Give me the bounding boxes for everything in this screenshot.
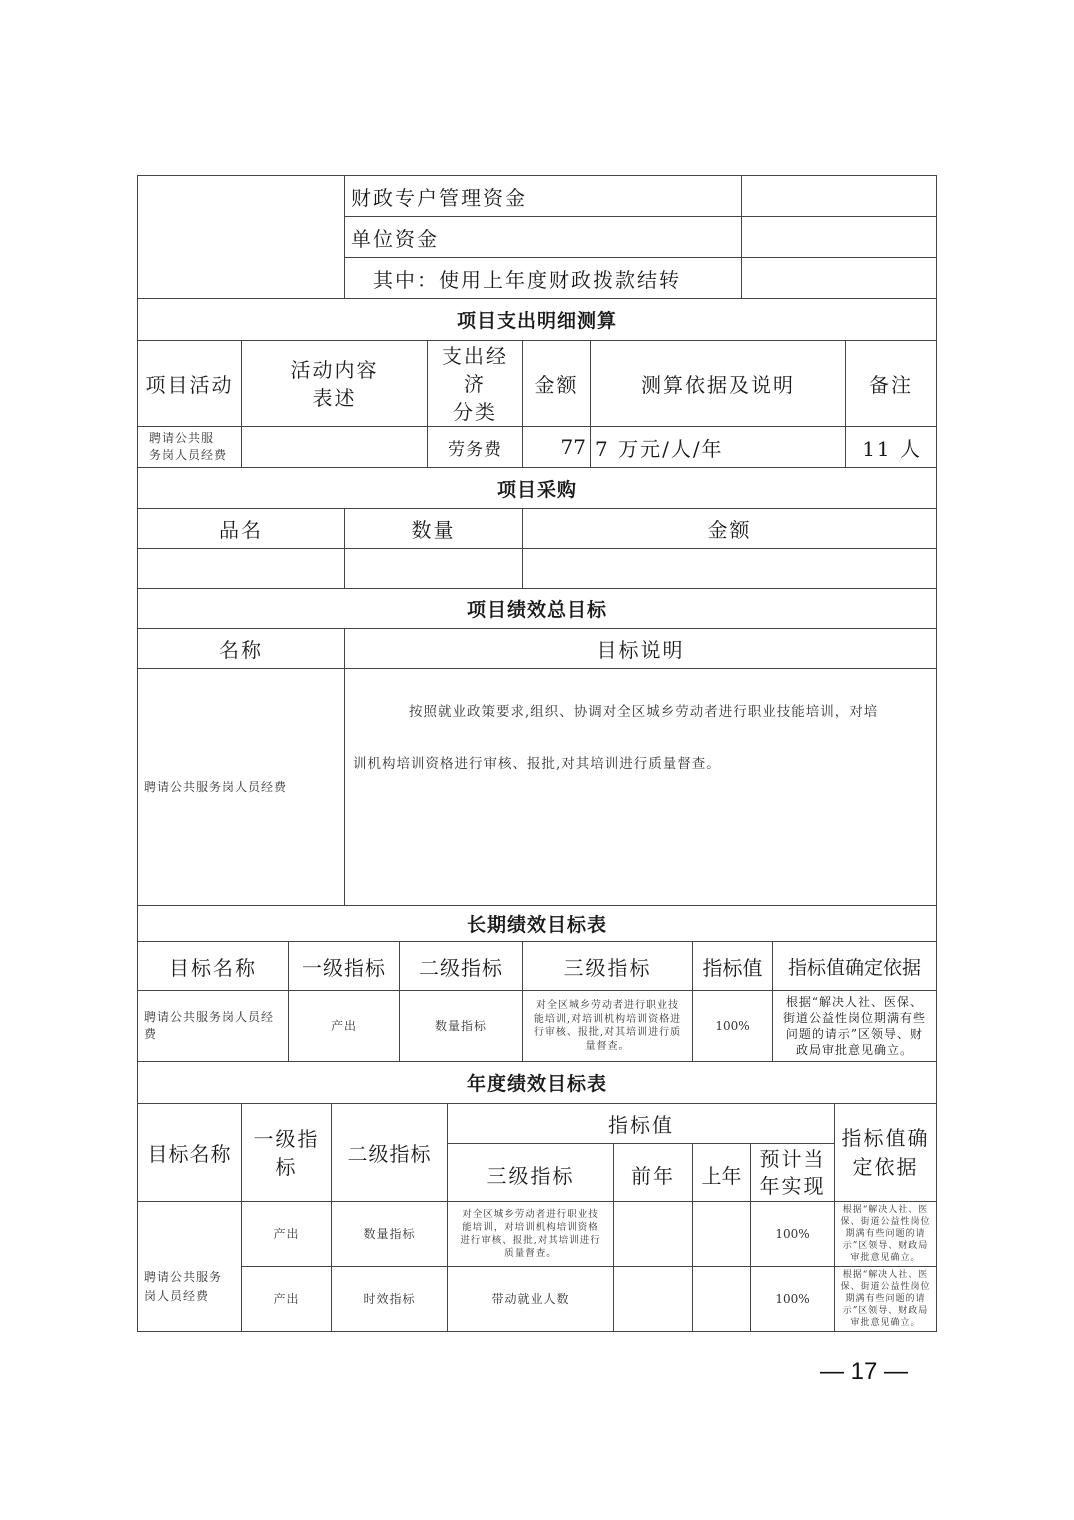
col-header-activity: 项目活动 <box>137 340 242 427</box>
overall-goal-name-cell: 聘请公共服务岗人员经费 <box>137 668 345 906</box>
lt-header-basis: 指标值确定依据 <box>772 941 937 991</box>
an-header-prev-year: 前年 <box>613 1143 693 1202</box>
funding-row-value <box>741 175 937 217</box>
col-header-quantity: 数量 <box>344 508 523 549</box>
procurement-name-cell <box>137 548 345 589</box>
expenditure-amount-cell: 77 <box>522 426 591 468</box>
an-row1-basis-cell: 根据“解决人社、医 保、街道公益性岗位 期满有些问题的请 示”区领导、财政局 审… <box>834 1201 937 1267</box>
expenditure-basis-cell: 7 万元/人/年 <box>590 426 846 468</box>
lt-header-level2: 二级指标 <box>399 941 523 991</box>
an-row1-prev-year-cell <box>613 1201 693 1267</box>
an-row1-level2-cell: 数量指标 <box>331 1201 448 1267</box>
goal-description-line-2: 训机构培训资格进行审核、报批,对其培训进行质量督查。 <box>353 755 721 773</box>
funding-row-label-text: 其中：使用上年度财政拨款结转 <box>373 264 681 293</box>
an-row1-level3-cell: 对全区城乡劳动者进行职业技 能培训，对培训机构培训资格 进行审核、报批,对其培训… <box>447 1201 614 1267</box>
funding-row-label: 其中：使用上年度财政拨款结转 <box>344 257 742 299</box>
section-title-annual-performance: 年度绩效目标表 <box>137 1061 937 1104</box>
col-header-goal-name: 名称 <box>137 628 345 669</box>
an-row2-level3-cell: 带动就业人数 <box>447 1266 614 1332</box>
page-number: — 17 — <box>820 1358 908 1386</box>
procurement-amount-cell <box>522 548 937 589</box>
expenditure-activity-cell: 聘请公共服 务岗人员经费 <box>137 426 242 468</box>
lt-basis-cell: 根据“解决人社、医保、 街道公益性岗位期满有些 问题的请示”区领导、财 政局审批… <box>772 990 937 1062</box>
lt-header-goal-name: 目标名称 <box>137 941 289 991</box>
an-goal-name-cell: 聘请公共服务 岗人员经费 <box>137 1201 242 1332</box>
an-row2-level1-cell: 产出 <box>241 1266 332 1332</box>
an-row1-expected-cell: 100% <box>750 1201 835 1267</box>
an-row2-last-year-cell <box>692 1266 751 1332</box>
lt-header-level3: 三级指标 <box>522 941 693 991</box>
lt-header-level1: 一级指标 <box>288 941 400 991</box>
an-header-level2: 二级指标 <box>331 1103 448 1202</box>
expenditure-description-cell <box>241 426 428 468</box>
funding-row-label: 财政专户管理资金 <box>344 175 742 217</box>
funding-row-label-text: 财政专户管理资金 <box>351 182 527 211</box>
an-header-level1: 一级指 标 <box>241 1103 332 1202</box>
lt-header-value: 指标值 <box>692 941 773 991</box>
an-row2-level2-cell: 时效指标 <box>331 1266 448 1332</box>
funding-row-label-text: 单位资金 <box>351 223 439 252</box>
expenditure-note-cell: 11 人 <box>845 426 937 468</box>
col-header-goal-description: 目标说明 <box>344 628 937 669</box>
an-row2-expected-cell: 100% <box>750 1266 835 1332</box>
goal-description-line-1: 按照就业政策要求,组织、协调对全区城乡劳动者进行职业技能培训，对培 <box>409 703 878 721</box>
procurement-quantity-cell <box>344 548 523 589</box>
funding-row-value <box>741 257 937 299</box>
lt-level2-cell: 数量指标 <box>399 990 523 1062</box>
col-header-calculation-basis: 测算依据及说明 <box>590 340 846 427</box>
lt-level3-cell: 对全区城乡劳动者进行职业技 能培训,对培训机构培训资格进 行审核、报批,对其培训… <box>522 990 693 1062</box>
section-title-long-term-performance: 长期绩效目标表 <box>137 905 937 942</box>
col-header-amount: 金额 <box>522 340 591 427</box>
an-header-last-year: 上年 <box>692 1143 751 1202</box>
an-header-level3: 三级指标 <box>447 1143 614 1202</box>
col-header-item-name: 品名 <box>137 508 345 549</box>
an-row1-level1-cell: 产出 <box>241 1201 332 1267</box>
expenditure-category-cell: 劳务费 <box>427 426 523 468</box>
an-header-goal-name: 目标名称 <box>137 1103 242 1202</box>
section-title-procurement: 项目采购 <box>137 467 937 509</box>
an-header-value-group: 指标值 <box>447 1103 835 1144</box>
lt-value-cell: 100% <box>692 990 773 1062</box>
funding-row-value <box>741 216 937 258</box>
funding-left-blank-cell <box>137 175 345 299</box>
section-title-overall-goal: 项目绩效总目标 <box>137 588 937 629</box>
section-title-expenditure-detail: 项目支出明细测算 <box>137 298 937 341</box>
an-row1-last-year-cell <box>692 1201 751 1267</box>
col-header-economic-category: 支出经 济 分类 <box>427 340 523 427</box>
col-header-procurement-amount: 金额 <box>522 508 937 549</box>
col-header-notes: 备注 <box>845 340 937 427</box>
col-header-activity-description: 活动内容 表述 <box>241 340 428 427</box>
an-header-basis: 指标值确 定依据 <box>834 1103 937 1202</box>
an-header-expected: 预计当 年实现 <box>750 1143 835 1202</box>
lt-level1-cell: 产出 <box>288 990 400 1062</box>
lt-goal-name-cell: 聘请公共服务岗人员经 费 <box>137 990 289 1062</box>
funding-row-label: 单位资金 <box>344 216 742 258</box>
overall-goal-description-cell: 按照就业政策要求,组织、协调对全区城乡劳动者进行职业技能培训，对培 训机构培训资… <box>344 668 937 906</box>
an-row2-prev-year-cell <box>613 1266 693 1332</box>
an-row2-basis-cell: 根据“解决人社、医 保、街道公益性岗位 期满有些问题的请 示”区领导、财政局 审… <box>834 1266 937 1332</box>
